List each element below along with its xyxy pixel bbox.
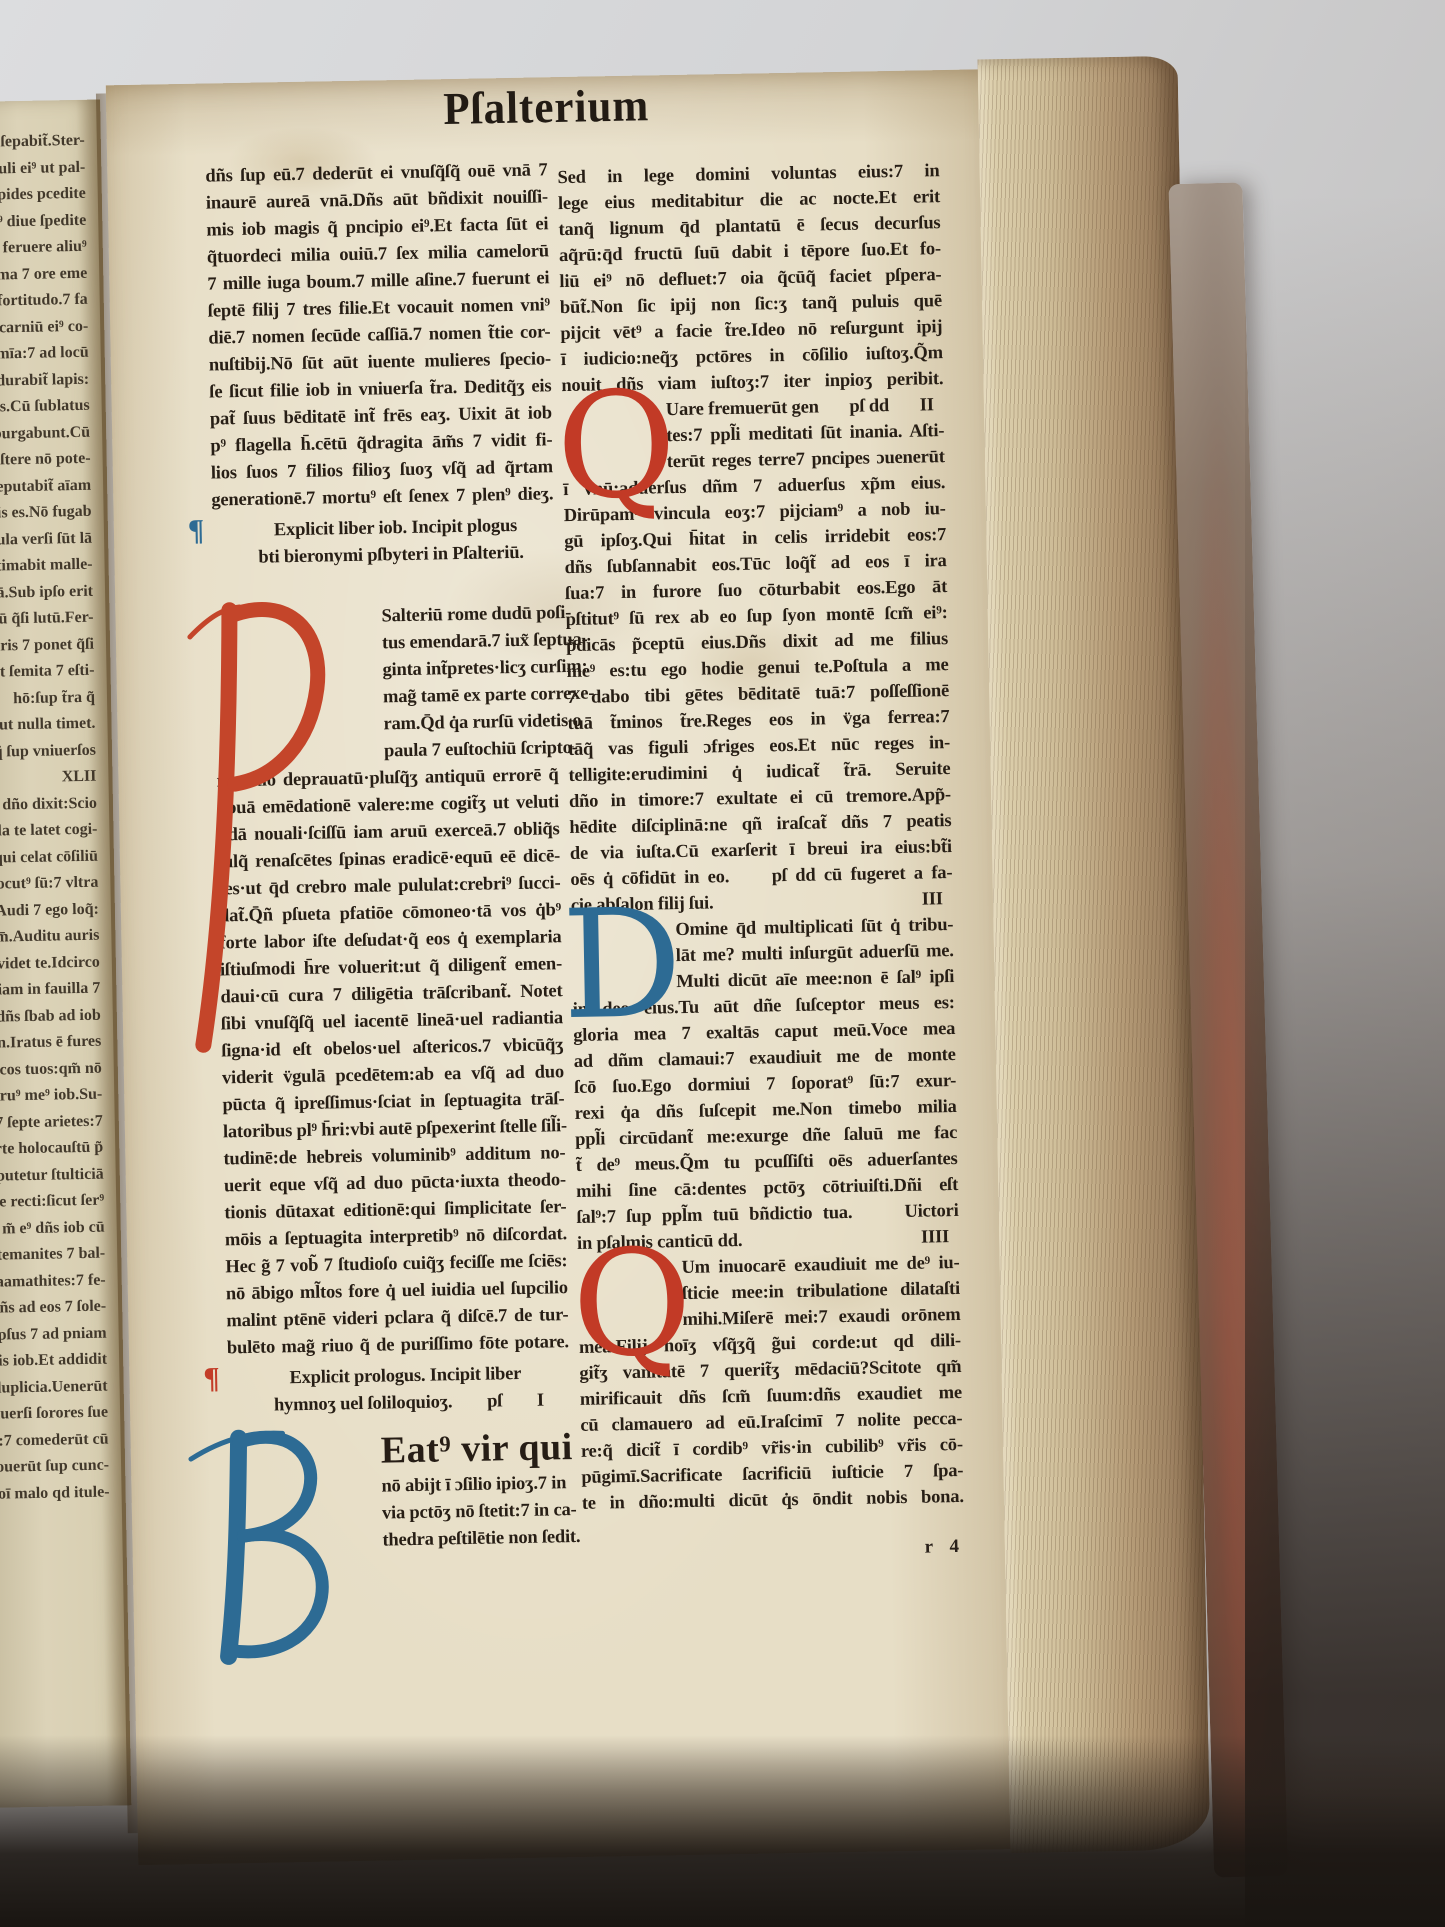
text-line: q̃ ſup vniuerſos [0, 737, 96, 766]
text-line: aurū q̃ſi lutū.Fer- [0, 605, 94, 634]
text-line: iob duplicia.Uenerūt [0, 1373, 108, 1402]
text-line: bulēto mag̃ riuo q̃ de puriſſimo fōte po… [227, 1329, 569, 1362]
book-photo: q̃ ſepabit̃.Ster-oculi ei⁹ ut pal-lapide… [0, 0, 1445, 1927]
text-line: ginta int̃pretes·licʒ curſim: [382, 654, 556, 684]
psalm-number: IIII [921, 1224, 949, 1251]
text-line: .Reputabit̃ aīam [0, 472, 91, 501]
open-book: q̃ ſepabit̃.Ster-oculi ei⁹ ut pal-lapide… [0, 54, 1288, 1877]
text-line: eſtimabit malle- [0, 552, 93, 581]
illuminated-initial-q: Q [571, 1249, 693, 1359]
text-line: meā.Audi 7 ego loq̃: [0, 896, 99, 925]
text-line: fact⁹ ut nulla timet. [0, 711, 96, 740]
psalm-3: D Omine q̄d multiplicati ſūt q̇ tribu-lā… [571, 912, 959, 1257]
text-line: mag̃ tamē ex parte correxe- [383, 681, 557, 711]
text-line: tes feruere aliu⁹ [0, 234, 87, 263]
text-line: ſicut ſeru⁹ me⁹ iob.Su- [0, 1082, 103, 1111]
text-line: :ſubſiſtere nō pote- [0, 446, 91, 475]
text-line: 7 nulla te latet cogi- [0, 817, 98, 846]
psalm-1-beatus: Eat⁹ vir qui nō abijt ī ɔſilio ipioʒ.7 i… [228, 1424, 572, 1557]
rubric-text: hymnoʒ uel ſoliloquioʒ. [274, 1389, 453, 1419]
text-line: indurabit̃ lapis: [0, 366, 89, 395]
text-line: mouerūt ſup cunc- [0, 1453, 109, 1482]
facing-page-text-fragments: q̃ ſepabit̃.Ster-oculi ei⁹ ut pal-lapide… [0, 128, 110, 1508]
text-line: icos tuos:qm̃ nō [0, 1055, 102, 1084]
psalm-label: pſ dd [849, 393, 889, 420]
text-line: bar naamathites:7 fe- [0, 1267, 106, 1296]
text-line: et fulmīa:7 ad locū [0, 340, 89, 369]
psalm2-text: ī vnū:aduerſus dñm 7 aduerſus xp̃m eius.… [563, 470, 953, 893]
text-line: ago pniam in fauilla 7 [0, 976, 101, 1005]
table-shadow [0, 1735, 1445, 1927]
psalm-number: III [922, 886, 943, 912]
text-line: te haſtā.Sub ipſo erit [0, 578, 93, 607]
text-line: corā me recti:ſicut ſer⁹ [0, 1188, 104, 1217]
text-line: qui celat cōſiliū [0, 843, 98, 872]
backdrop-shadow [1245, 0, 1445, 1927]
text-line: vniuerſi ſorores ſue [0, 1400, 108, 1429]
psalm-2: Q Uare fremuerūt gen pſ dd II tes:7 ppl̃… [562, 392, 953, 919]
illuminated-initial-d: D [561, 909, 683, 1022]
text-line: ram.Q̄d q̇a rurſū videtis o [383, 708, 557, 738]
text-line: iob dño dixit:Scio [0, 790, 97, 819]
text-line: oculi ei⁹ ut pal- [0, 154, 86, 183]
text-line: ſtipula verſi ſūt lā [0, 525, 92, 554]
text-line: em locut⁹ ſū:7 vltra [0, 870, 99, 899]
text-line: rincus.Cū ſublatus [0, 393, 90, 422]
text-line: lucebit ſemita 7 eſti- [0, 658, 95, 687]
text-line: Salteriū rome dudū poſi- [381, 600, 555, 630]
job-ending-text: dñs ſup eū.7 dederūt ei vnuſq̃ſq̃ ouē vn… [205, 157, 553, 514]
text-line: tus emendarā.7 iux̃ ſeptua- [382, 627, 556, 657]
text-line: ius:7 comederūt cū [0, 1426, 109, 1455]
rubric-line: hymnoʒ uel ſoliloquioʒ. pſ I [274, 1387, 570, 1419]
rubric-explicit-job: ¶ Explicit liber iob. Incipit plogus bti… [212, 512, 555, 572]
text-line: bra carniū ei⁹ co- [0, 313, 88, 342]
illuminated-initial-p [173, 590, 342, 1063]
text-line: maniten.Iratus ē fures [0, 1029, 102, 1058]
text-line: nanb⁹ diue ſpedite [0, 207, 86, 236]
psalter-page: Pſalterium dñs ſup eū.7 dederūt ei vnuſq… [106, 69, 1018, 1865]
psalm1-opening-words: Eat⁹ vir qui [380, 1424, 571, 1473]
text-line: te in dño:multi dicūt q̇s ōndit nobis bo… [582, 1484, 964, 1517]
text-line: paula 7 euſtochiū ſcripto- [384, 735, 558, 765]
illuminated-initial-b [184, 1424, 363, 1667]
text-line: abit fortitudo.7 fa [0, 287, 88, 316]
text-line: ad pſus 7 ad pniam [0, 1320, 107, 1349]
text-line: XLII [0, 764, 97, 793]
illuminated-initial-q: Q [555, 391, 677, 501]
text-line: m̃ e⁹ dñs iob cū [0, 1214, 105, 1243]
text-line: lapides pcedite [0, 181, 86, 210]
jerome-prologue: Salteriū rome dudū poſi-tus emendarā.7 i… [213, 600, 569, 1362]
text-line: ei dñs ſbab ad iob [0, 1002, 101, 1031]
psalm-label: pſ [487, 1388, 503, 1415]
rubric-explicit-prologue: ¶ Explicit prologus. Incipit liber hymno… [227, 1360, 570, 1420]
left-text-column: dñs ſup eū.7 dederūt ei vnuſq̃ſq̃ ouē vn… [205, 157, 572, 1557]
text-line: offerte holocauſtū p̃ [0, 1135, 103, 1164]
quire-signature-mark: r 4 [925, 1536, 966, 1559]
text-line: nō abijt ī ɔſilio ipioʒ.7 in [381, 1470, 571, 1500]
psalm-4: Q Um inuocarē exaudiuit me de⁹ iu-ſticie… [577, 1250, 964, 1517]
rubric-line: bti bieronymi pſbyteri in Pſalteriū. [258, 539, 554, 571]
text-line: thedra peſtilētie non ſedit. [382, 1524, 572, 1554]
pilcrow-icon: ¶ [188, 517, 205, 544]
text-line: generationē.7 mortu⁹ eſt ſenex 7 plen⁹ d… [211, 481, 553, 514]
psalm2-first-words: Uare fremuerūt gen [666, 394, 819, 423]
text-line: rat dñs ad eos 7 ſole- [0, 1294, 106, 1323]
pilcrow-icon: ¶ [203, 1365, 220, 1392]
text-line: ndebo m̄.Auditu auris [0, 923, 100, 952]
text-line: amis iob.Et addidit [0, 1347, 107, 1376]
psalm-number: II [920, 392, 934, 418]
text-line: me⁹ videt te.Idcirco [0, 949, 100, 978]
text-line: q̃ ſepabit̃.Ster- [0, 128, 85, 157]
text-line: temanites 7 bal- [0, 1241, 105, 1270]
text-line: tug oī malo qd itule- [0, 1479, 110, 1508]
text-line: :7 flāma 7 ore eme [0, 260, 87, 289]
text-line: t ī purgabunt.Cū [0, 419, 90, 448]
text-line: imputetur ſtulticiā [0, 1161, 104, 1190]
running-title: Pſalterium [106, 74, 987, 142]
psalm-number: I [537, 1388, 544, 1415]
right-text-column: Sed in lege domini voluntas eius:7 inleg… [557, 158, 964, 1517]
text-line: dū maris 7 ponet q̃ſi [0, 631, 94, 660]
text-line: 7 vos 7 ſepte arietes:7 [0, 1108, 103, 1137]
text-line: hō:ſup t̃ra q̃ [0, 684, 95, 713]
text-line: i puīdis es.Nō fugab [0, 499, 92, 528]
text-line: via pctōʒ nō ſtetit:7 in ca- [382, 1497, 572, 1527]
